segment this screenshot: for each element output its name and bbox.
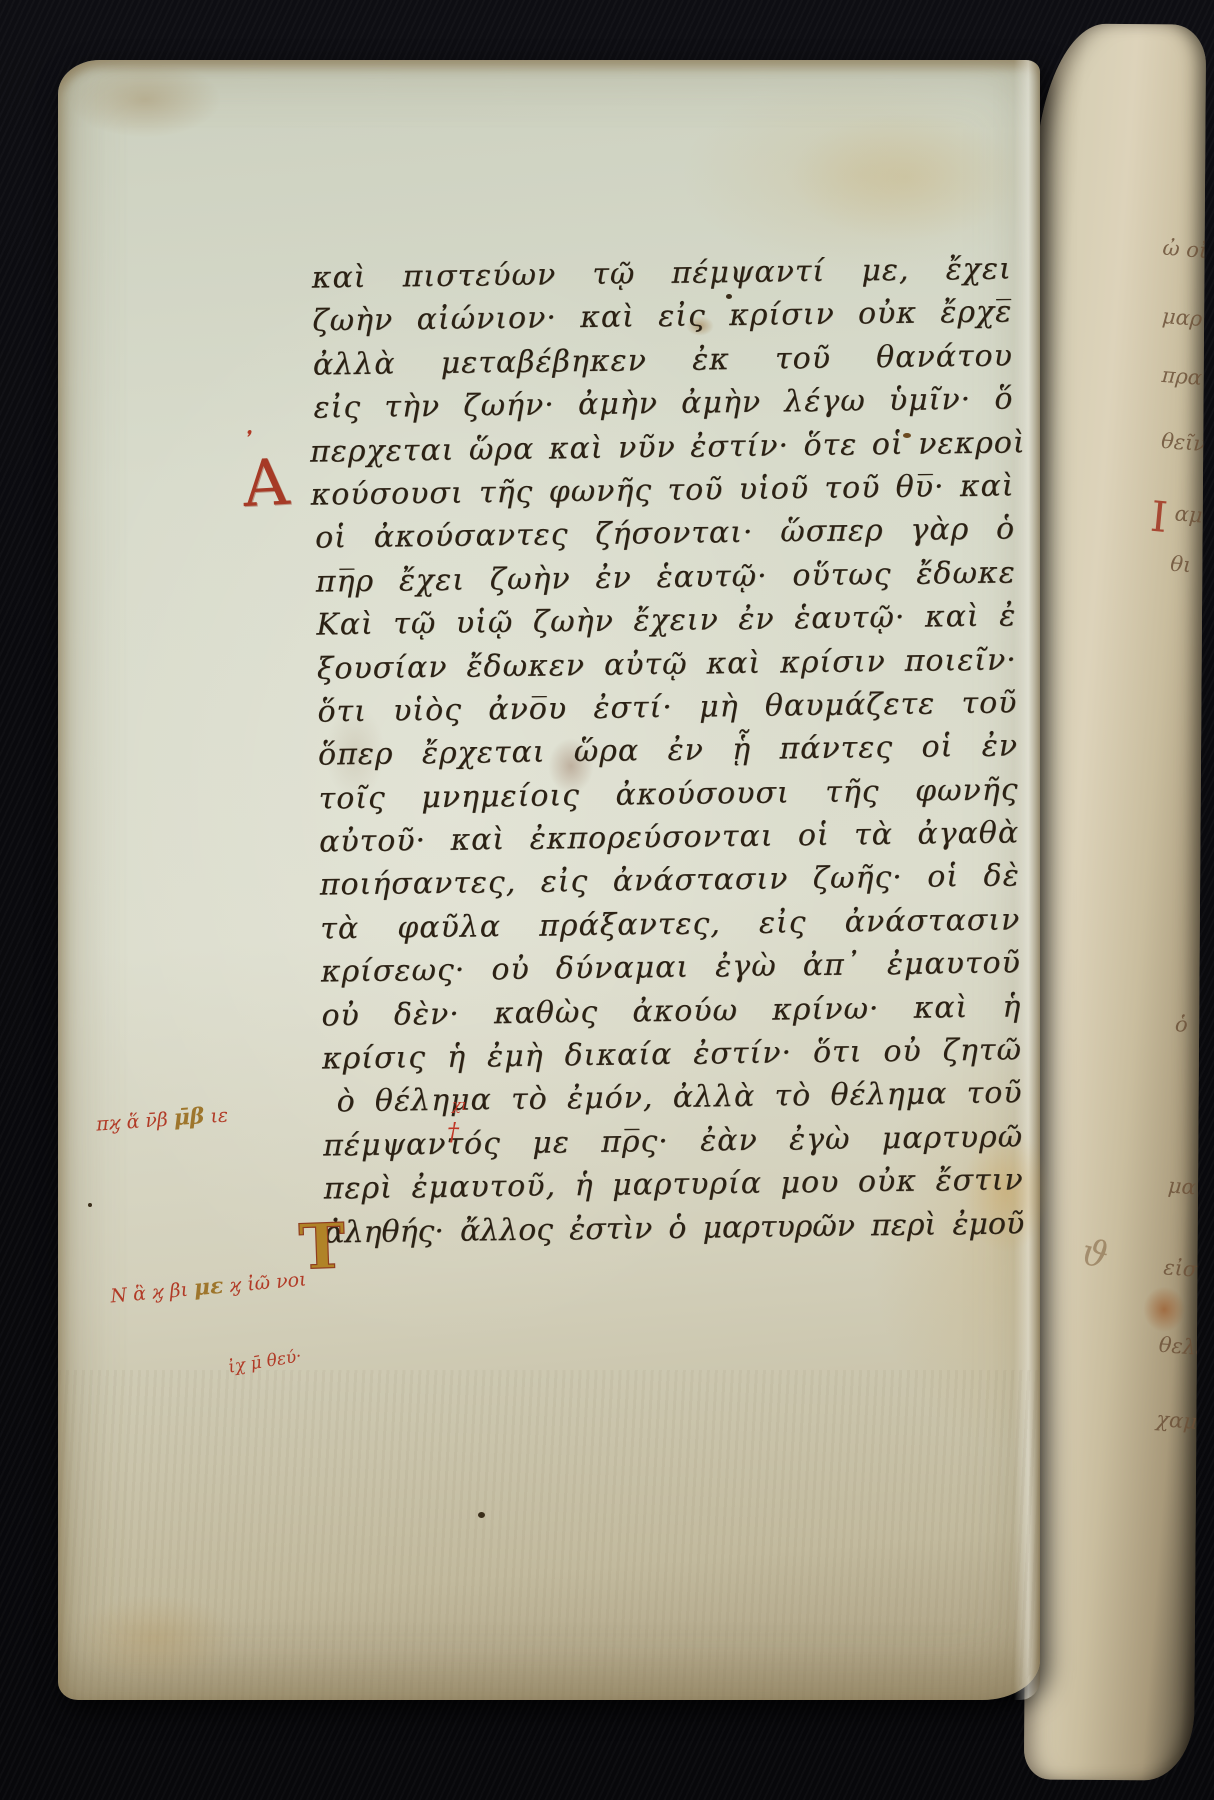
fore-edge-fragment: θεῖν	[1160, 429, 1206, 456]
margin-note-red-text: πϗ ἅ ν̄β	[95, 1109, 168, 1136]
stain	[1143, 1286, 1185, 1332]
fore-edge-fragment: πρα	[1161, 363, 1203, 390]
inline-cross-mark: †	[447, 1118, 459, 1146]
stain	[75, 1595, 235, 1680]
fore-edge-fragment: ὁ	[1174, 1012, 1188, 1037]
margin-note-gold-numeral: με	[187, 1272, 231, 1302]
interlinear-rubric: χι	[452, 1096, 467, 1114]
text-line: ἀληθής· ἄλλος ἐστὶν ὁ μαρτυρῶν περὶ ἐμοῦ	[324, 1202, 1025, 1255]
fore-edge-fragment: αμ	[1174, 501, 1204, 527]
fore-edge-fragment: εἰσ	[1163, 1255, 1199, 1282]
fore-edge-fragment: ὠ οἰ δα	[1162, 236, 1206, 266]
fore-edge-of-next-leaf: ὠ οἰ δα μαρτυ πρα θεῖν αμ θι ὁ μα εἰσ θε…	[1024, 23, 1206, 1780]
fore-edge-fragment: μα	[1167, 1173, 1197, 1199]
ink-speck	[478, 1512, 485, 1518]
stain	[70, 62, 220, 137]
margin-note-red-text: ιε	[210, 1104, 229, 1127]
ink-speck	[88, 1203, 92, 1207]
fore-edge-fragment: χαμ	[1156, 1407, 1198, 1434]
fore-edge-fragment: μαρτυ	[1161, 304, 1206, 333]
text-block: καὶ πιστεύων τῷ πέμψαντί με, ἔχει ζωὴν α…	[311, 247, 1024, 1254]
red-initial-fragment: Ι	[1149, 496, 1169, 539]
margin-comma-mark: ᾽	[240, 428, 255, 463]
fore-edge-fragment: θελε	[1158, 1333, 1206, 1361]
photograph-backdrop: ὠ οἰ δα μαρτυ πρα θεῖν αμ θι ὁ μα εἰσ θε…	[0, 0, 1214, 1800]
fore-edge-fragment: θι	[1169, 552, 1192, 578]
stain	[790, 112, 1020, 242]
margin-note-gold-numeral: μ̄β	[167, 1103, 211, 1132]
